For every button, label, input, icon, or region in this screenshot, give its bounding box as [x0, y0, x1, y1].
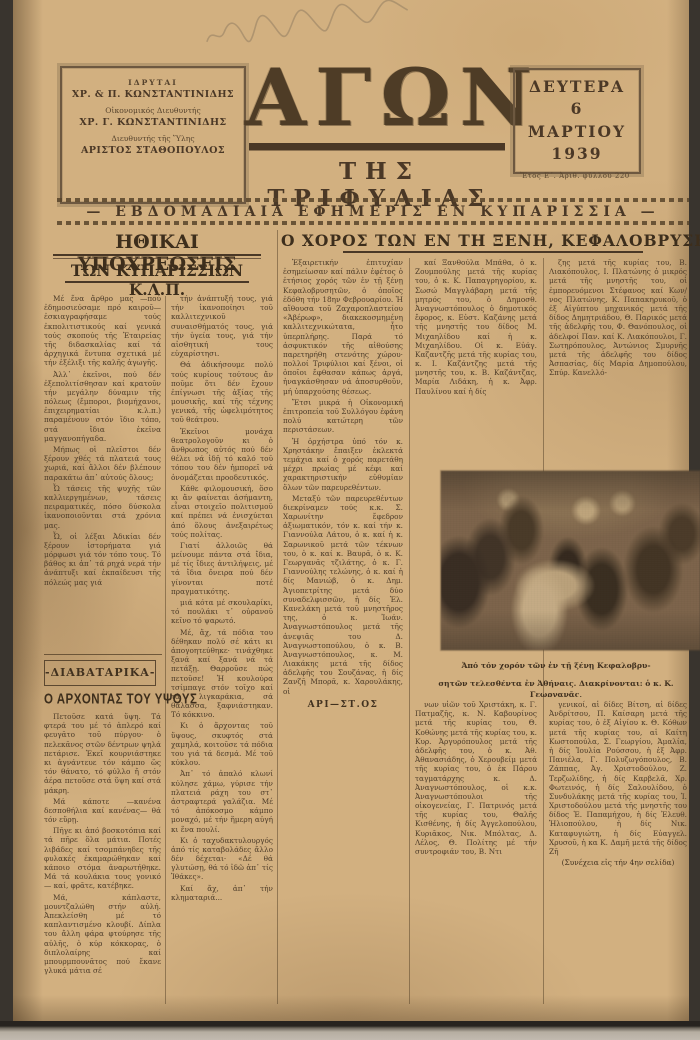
paragraph: Ὦ, οἱ λέξαι Ἀδικίαι δέν ξέρουν ἱστορήματ…: [44, 532, 161, 587]
paragraph: Ἀπ᾽ τό ἀπαλό κλωνί κύλησε χάμω, γύρισε τ…: [171, 769, 273, 833]
handwriting-note: [197, 0, 429, 52]
main-col2-bottom: νων υἱῶν τοῦ Χριστάκη, κ. Γ. Πατμαζῆς, κ…: [415, 700, 537, 1004]
left-headline-underline-2: [65, 281, 249, 283]
date-number: 6: [515, 98, 639, 120]
paragraph: Πῆγε κι ἀπό βοσκοτόπια καί τά πῆρε ὅλα μ…: [44, 826, 161, 890]
issue-line: Ἔτος Ε΄. Ἀριθ. φύλλου 220: [505, 172, 645, 180]
paragraph: Ὦ τάσεις τῆς ψυχῆς τῶν καλλιεργημένων, τ…: [44, 484, 161, 530]
paragraph: Κι ὁ ταχυδακτυλουργός ἀπό τίς καταβολάδε…: [171, 836, 273, 882]
paragraph: Ἀπό τόν χορόν τῶν ἐν τῇ ξένῃ Κεφαλοβρυ-: [421, 661, 691, 672]
date-month: ΜΑΡΤΙΟΥ: [515, 121, 639, 143]
main-col1: Ἐξαιρετικήν ἐπιτυχίαν ἐσημείωσαν καί πάλ…: [283, 258, 403, 1004]
paragraph: μιά κότα μέ σκουλαρίκι, τό πουλάκι τ᾽ οὐ…: [171, 598, 273, 626]
paragraph: Μά, κάπλαστε, μουντζαλώθη στήν αὐλή. Ἀπε…: [44, 893, 161, 976]
paragraph: Ἐκεῖνοι μονάχα θεατρολογοῦν κι ὁ ἄνθρωπο…: [171, 427, 273, 482]
archontas-headline: Ο ΑΡΧΟΝΤΑΣ ΤΟΥ ΥΨΟΥΣ: [44, 692, 197, 707]
date-year: 1939: [515, 143, 639, 165]
diavatarika-col1-bottom: Πετοῦσε κατά ὕψη. Τά φτερά του μέ τό ἁπλ…: [44, 712, 161, 1004]
founders-title: ΙΔΡΥΤΑΙ: [64, 78, 242, 87]
left-article-col2: τήν ἀνάπτυξή τους, γιά τήν ἱκανοποίησι τ…: [171, 294, 273, 1004]
paragraph: νων υἱῶν τοῦ Χριστάκη, κ. Γ. Πατμαζῆς, κ…: [415, 700, 537, 856]
diavatarika-top-rule: [44, 654, 162, 655]
date-day: ΔΕΥΤΕΡΑ: [515, 76, 639, 98]
scan-bed-strip: [0, 1021, 700, 1040]
main-col3-bottom-text: γενικοί, αἱ δίδες Βίτση, αἱ δίδες Ἀνδρίτ…: [549, 700, 687, 856]
paragraph: Γιατί ἀλλοιῶς θά μείνουμε πάντα στά ἴδια…: [171, 541, 273, 596]
paragraph: καί Ξανθούλα Μπάθα, ὁ κ. Ζουμπούλης μετά…: [415, 258, 537, 396]
author-signature: ΑΡΙ—ΣΤ.ΟΣ: [283, 700, 403, 711]
paragraph: Καί ἄχ, ἀπ᾽ τήν κληματαριά...: [171, 884, 273, 902]
main-col1-text: Ἐξαιρετικήν ἐπιτυχίαν ἐσημείωσαν καί πάλ…: [283, 258, 403, 696]
diavatarika-box: -ΔΙΑΒΑΤΑΡΙΚΑ-: [44, 660, 156, 686]
main-col3-top: ζης μετά τῆς κυρίας του, Β. Λιακόπουλος,…: [549, 258, 687, 468]
paragraph: Πετοῦσε κατά ὕψη. Τά φτερά του μέ τό ἁπλ…: [44, 712, 161, 795]
paragraph: Μεταξύ τῶν παρευρεθέντων διεκρίναμεν τού…: [283, 494, 403, 696]
main-col3-bottom: γενικοί, αἱ δίδες Βίτση, αἱ δίδες Ἀνδρίτ…: [549, 700, 687, 1004]
left-headline-underline-1: [53, 254, 261, 259]
paragraph: σητῶν τελεσθέντα ἐν Ἀθήναις. Διακρίνοντα…: [421, 679, 691, 697]
content-director-label: Διευθυντής τῆς Ὕλης: [64, 134, 242, 143]
paragraph: Ἀλλ᾽ ἐκεῖνοι, πού δέν ἐξεπολιτίσθησαν κα…: [44, 370, 161, 444]
banner-rule-top: [57, 198, 689, 202]
paragraph: Μά κάποτε —κανένα δεσποθήλια καί κανένας…: [44, 797, 161, 825]
paragraph: τήν ἀνάπτυξή τους, γιά τήν ἱκανοποίησι τ…: [171, 294, 273, 358]
paragraph: Κάθε φιλομουσική, ὅσο κι ἄν φαίνεται ἀσή…: [171, 484, 273, 539]
paragraph: Κι ὁ ἄρχοντας τοῦ ὕψους, σκυφτός στά χαμ…: [171, 721, 273, 767]
masthead-title: ΑΓΩΝ: [245, 58, 515, 137]
paragraph: Ἔτσι μικρά ἡ Οἰκονομική ἐπιτροπεία τοῦ Σ…: [283, 398, 403, 435]
masthead-underline: [249, 143, 505, 150]
continuation-note: (Συνέχεια εἰς τήν 4ην σελίδα): [549, 858, 687, 867]
photo-grain-overlay: [441, 471, 700, 650]
paragraph: Μήπως οἱ πλεῖστοι δέν ξέρουν χθές τά πλα…: [44, 445, 161, 482]
divider-main-1-2: [409, 258, 410, 1004]
content-director-name: ΑΡΙΣΤΟΣ ΣΤΑΘΟΠΟΥΛΟΣ: [64, 145, 242, 156]
paragraph: γενικοί, αἱ δίδες Βίτση, αἱ δίδες Ἀνδρίτ…: [549, 700, 687, 856]
founders-box: ΙΔΡΥΤΑΙ ΧΡ. & Π. ΚΩΝΣΤΑΝΤΙΝΙΔΗΣ Οἰκονομι…: [60, 66, 246, 204]
paragraph: ζης μετά τῆς κυρίας του, Β. Λιακόπουλος,…: [549, 258, 687, 377]
left-article-col1-top: Μέ ἕνα ἄρθρο μας —πού ἐδημοσιεύσαμε πρό …: [44, 294, 161, 650]
photo-caption: Ἀπό τόν χορόν τῶν ἐν τῇ ξένῃ Κεφαλοβρυ-σ…: [421, 653, 691, 697]
dance-event-photo: [441, 471, 700, 650]
date-box: ΔΕΥΤΕΡΑ 6 ΜΑΡΤΙΟΥ 1939: [513, 68, 641, 174]
main-headline-underline: [343, 251, 643, 253]
paragraph: Μέ ἕνα ἄρθρο μας —πού ἐδημοσιεύσαμε πρό …: [44, 294, 161, 368]
main-col2-top: καί Ξανθούλα Μπάθα, ὁ κ. Ζουμπούλης μετά…: [415, 258, 537, 468]
divider-left-main: [277, 230, 278, 1004]
founders-names: ΧΡ. & Π. ΚΩΝΣΤΑΝΤΙΝΙΔΗΣ: [64, 89, 242, 100]
paragraph: Ἐξαιρετικήν ἐπιτυχίαν ἐσημείωσαν καί πάλ…: [283, 258, 403, 396]
divider-left-subcols: [165, 296, 166, 1004]
diavatarika-title: -ΔΙΑΒΑΤΑΡΙΚΑ-: [45, 666, 155, 679]
financial-director-name: ΧΡ. Γ. ΚΩΝΣΤΑΝΤΙΝΙΔΗΣ: [64, 117, 242, 128]
paragraph: Θά ἀδικήσουμε πολύ τούς κυρίους τούτους …: [171, 360, 273, 424]
weekly-banner: — ΕΒΔΟΜΑΔΙΑΙΑ ΕΦΗΜΕΡΙΣ ΕΝ ΚΥΠΑΡΙΣΣΙΑ —: [57, 204, 689, 220]
banner-rule-bottom: [57, 221, 689, 225]
financial-director-label: Οἰκονομικός Διευθυντής: [64, 106, 242, 115]
paragraph: Ἡ ὀρχήστρα ὑπό τόν κ. Χρηστάκην ἔπαιξεν …: [283, 437, 403, 492]
main-headline: Ο ΧΟΡΟΣ ΤΩΝ ΕΝ ΤΗ ΞΕΝΗ, ΚΕΦΑΛΟΒΡΥΣΗΤΩΝ: [281, 231, 695, 250]
newspaper-scan-page: ΙΔΡΥΤΑΙ ΧΡ. & Π. ΚΩΝΣΤΑΝΤΙΝΙΔΗΣ Οἰκονομι…: [0, 0, 700, 1040]
newspaper-paper: ΙΔΡΥΤΑΙ ΧΡ. & Π. ΚΩΝΣΤΑΝΤΙΝΙΔΗΣ Οἰκονομι…: [13, 0, 689, 1021]
